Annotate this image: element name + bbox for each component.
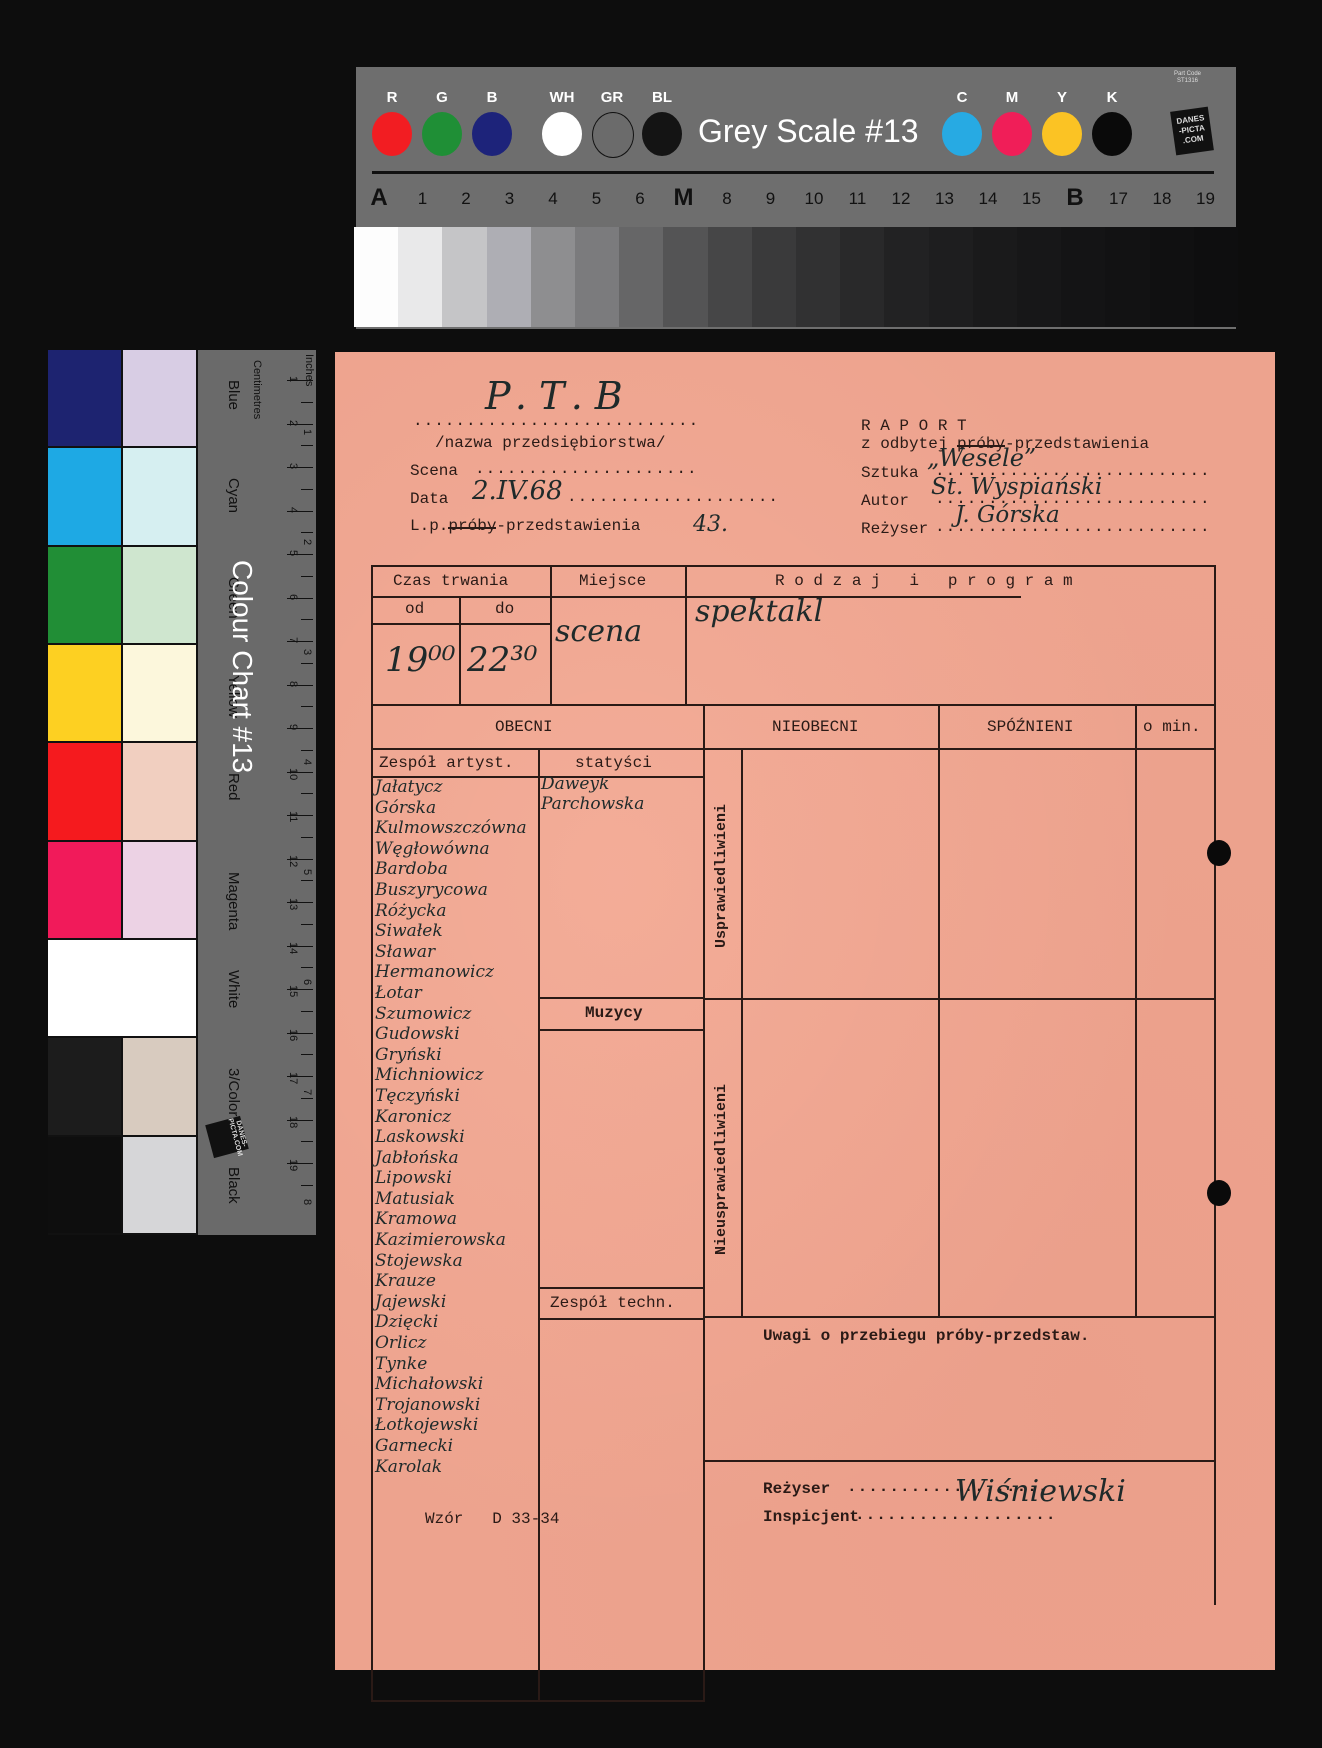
lp-line: L.p.próby-przedstawienia xyxy=(410,517,640,535)
tick xyxy=(287,815,313,816)
patch xyxy=(48,645,123,741)
patch xyxy=(48,743,123,839)
rule xyxy=(459,596,461,704)
zespol-artyst-header: Zespół artyst. xyxy=(379,754,513,772)
swatch-k xyxy=(1092,112,1132,156)
swatch-label: B xyxy=(472,89,512,106)
autor-label: Autor xyxy=(861,492,909,510)
artist-name: Kulmowszczówna xyxy=(375,818,555,839)
step-label: 14 xyxy=(968,189,1008,209)
patch xyxy=(123,350,198,446)
tick xyxy=(287,1033,313,1034)
tick xyxy=(301,750,313,751)
tick xyxy=(301,706,313,707)
artist-name: Tęczyński xyxy=(375,1086,555,1107)
cm-tick-label: 14 xyxy=(287,942,299,954)
artist-name: Orlicz xyxy=(375,1333,555,1354)
artist-name: Laskowski xyxy=(375,1127,555,1148)
cm-tick-label: 16 xyxy=(287,1029,299,1041)
step-label: 2 xyxy=(446,189,486,209)
swatch-label: G xyxy=(422,89,462,106)
inch-tick-label: 8 xyxy=(301,1199,313,1205)
artist-name: Trojanowski xyxy=(375,1395,555,1416)
artists-list: JałatyczGórskaKulmowszczównaWęgłowównaBa… xyxy=(375,777,555,1477)
rule xyxy=(538,1287,703,1289)
muzycy-header: Muzycy xyxy=(585,1004,643,1022)
rule xyxy=(703,1316,1216,1318)
patch xyxy=(48,547,123,643)
step-label: B xyxy=(1055,184,1095,212)
inspicjent-signature: Wiśniewski xyxy=(955,1474,1126,1509)
artist-name: Kramowa xyxy=(375,1209,555,1230)
tick xyxy=(287,772,313,773)
tick xyxy=(301,532,313,533)
tick xyxy=(301,793,313,794)
tick xyxy=(287,989,313,990)
do-value: 22³⁰ xyxy=(467,640,538,680)
od-header: od xyxy=(405,600,424,618)
inches-label: Inches xyxy=(303,354,315,386)
patch-row-yellow xyxy=(48,645,198,743)
zespol-techn-header: Zespół techn. xyxy=(550,1294,675,1312)
swatch-b xyxy=(472,112,512,156)
grey-step xyxy=(442,227,486,327)
step-label: 5 xyxy=(577,189,617,209)
step-label: 6 xyxy=(620,189,660,209)
tick xyxy=(301,880,313,881)
inch-tick-label: 3 xyxy=(301,649,313,655)
grey-step xyxy=(1150,227,1194,327)
nieusprawiedliwieni-label: Nieusprawiedliwieni xyxy=(713,1054,730,1284)
artist-name: Jabłońska xyxy=(375,1148,555,1169)
step-label: 8 xyxy=(707,189,747,209)
artist-name: Hermanowicz xyxy=(375,962,555,983)
tick xyxy=(301,967,313,968)
artist-name: Tynke xyxy=(375,1354,555,1375)
patch-row-black xyxy=(48,1137,198,1235)
tick xyxy=(301,489,313,490)
step-label: 18 xyxy=(1142,189,1182,209)
rule xyxy=(703,998,1216,1000)
artist-name: Kazimierowska xyxy=(375,1230,555,1251)
step-label: 9 xyxy=(751,189,791,209)
artist-name: Karolak xyxy=(375,1457,555,1478)
report-form: P.T.B ........................... /nazwa… xyxy=(335,352,1275,1670)
tick xyxy=(301,445,313,446)
enterprise-dots: ........................... xyxy=(413,412,699,430)
patch xyxy=(123,547,198,643)
swatch-r xyxy=(372,112,412,156)
danes-picta-logo: DANES-PICTA.COM xyxy=(205,1116,249,1158)
raport-title: R A P O R T xyxy=(861,417,967,435)
obecni-header: OBECNI xyxy=(495,718,553,736)
swatch-g xyxy=(422,112,462,156)
tick xyxy=(287,511,313,512)
artist-name: Jajewski xyxy=(375,1292,555,1313)
rezyser-sign-label: Reżyser xyxy=(763,1480,830,1498)
step-label: 4 xyxy=(533,189,573,209)
patch-row-blue xyxy=(48,350,198,448)
swatch-label: M xyxy=(992,89,1032,106)
sztuka-value: „Wesele” xyxy=(927,444,1036,472)
patch-row-cyan xyxy=(48,448,198,546)
rule xyxy=(703,704,705,1702)
tick xyxy=(301,576,313,577)
rodzaj-header: R o d z a j i p r o g r a m xyxy=(775,572,1073,590)
grey-step xyxy=(619,227,663,327)
step-label: 3 xyxy=(490,189,530,209)
lp-struck: próby xyxy=(448,517,496,535)
tick xyxy=(287,554,313,555)
patch xyxy=(48,350,123,446)
tick xyxy=(287,380,313,381)
tick xyxy=(301,924,313,925)
patch xyxy=(123,842,198,938)
step-label: 15 xyxy=(1012,189,1052,209)
rule xyxy=(371,565,373,1702)
step-label: A xyxy=(359,184,399,212)
cm-tick-label: 19 xyxy=(287,1159,299,1171)
ruler: Inches Centimetres 123456789101112131415… xyxy=(253,350,316,1235)
artist-name: Siwałek xyxy=(375,921,555,942)
artist-name: Łotkojewski xyxy=(375,1415,555,1436)
artist-name: Węgłowówna xyxy=(375,839,555,860)
grey-step xyxy=(1017,227,1061,327)
sztuka-label: Sztuka xyxy=(861,464,919,482)
patch-label: Black xyxy=(208,1167,242,1204)
grey-step xyxy=(575,227,619,327)
patch-label: White xyxy=(208,970,242,1008)
rule xyxy=(538,997,703,999)
cm-tick-label: 10 xyxy=(287,768,299,780)
tick xyxy=(287,1076,313,1077)
rule xyxy=(538,1318,703,1320)
artist-name: Lipowski xyxy=(375,1168,555,1189)
artist-name: Sławar xyxy=(375,942,555,963)
inspicjent-label: Inspicjent xyxy=(763,1508,859,1526)
lp-suffix: -przedstawienia xyxy=(496,517,640,535)
grey-step xyxy=(531,227,575,327)
artist-name: Michniowicz xyxy=(375,1065,555,1086)
cm-tick-label: 12 xyxy=(287,855,299,867)
patch-row-white xyxy=(48,940,198,1038)
patch-row-green xyxy=(48,547,198,645)
patch-label: 3/Color xyxy=(208,1068,242,1116)
form-number: Wzór D 33-34 xyxy=(425,1510,559,1528)
artist-name: Różycka xyxy=(375,901,555,922)
grey-step xyxy=(487,227,531,327)
grey-step xyxy=(1061,227,1105,327)
do-header: do xyxy=(495,600,514,618)
grey-step xyxy=(708,227,752,327)
patch-label: Blue xyxy=(208,380,242,410)
artist-name: Matusiak xyxy=(375,1189,555,1210)
rodzaj-value: spektakl xyxy=(695,594,823,629)
artist-name: Bardoba xyxy=(375,859,555,880)
artist-name: Gudowski xyxy=(375,1024,555,1045)
punch-hole xyxy=(1207,1180,1231,1206)
rule xyxy=(938,704,940,1316)
rezyser-value: J. Górska xyxy=(955,502,1060,528)
swatch-label: GR xyxy=(592,89,632,106)
swatch-gr xyxy=(592,112,634,158)
grey-step xyxy=(1105,227,1149,327)
patch xyxy=(123,448,198,544)
artist-name: Michałowski xyxy=(375,1374,555,1395)
tick xyxy=(301,1185,313,1186)
tick xyxy=(287,424,313,425)
inch-tick-label: 7 xyxy=(301,1089,313,1095)
grey-step xyxy=(663,227,707,327)
data-dots: .................... xyxy=(567,488,779,506)
tick xyxy=(301,1011,313,1012)
tick xyxy=(301,1054,313,1055)
patch-row-3color xyxy=(48,1038,198,1136)
artist-name: Jałatycz xyxy=(375,777,555,798)
patch-row-magenta xyxy=(48,842,198,940)
inch-tick-label: 2 xyxy=(301,539,313,545)
rule xyxy=(1135,704,1137,1316)
data-label: Data xyxy=(410,490,448,508)
miejsce-header: Miejsce xyxy=(579,572,646,590)
data-value: 2.IV.68 xyxy=(472,476,563,506)
grey-step xyxy=(973,227,1017,327)
swatch-c xyxy=(942,112,982,156)
tick xyxy=(287,728,313,729)
patch xyxy=(48,1038,123,1134)
step-label: 11 xyxy=(838,189,878,209)
grey-step xyxy=(796,227,840,327)
uwagi-header: Uwagi o przebiegu próby-przedstaw. xyxy=(763,1327,1089,1345)
patch xyxy=(123,1038,198,1134)
punch-hole xyxy=(1207,840,1231,866)
tick xyxy=(287,685,313,686)
artist-name: Garnecki xyxy=(375,1436,555,1457)
inch-tick-label: 5 xyxy=(301,869,313,875)
colour-chart-card: BlueCyanGreenYellowRedMagentaWhite3/Colo… xyxy=(48,350,316,1235)
grey-steps xyxy=(354,227,1238,327)
artist-name: Krauze xyxy=(375,1271,555,1292)
rule xyxy=(741,748,743,1318)
artist-name: Górska xyxy=(375,798,555,819)
grey-step xyxy=(398,227,442,327)
swatch-label: R xyxy=(372,89,412,106)
tick xyxy=(287,946,313,947)
centimetres-label: Centimetres xyxy=(251,360,263,419)
tick xyxy=(301,619,313,620)
tick xyxy=(287,1120,313,1121)
inch-tick-label: 4 xyxy=(301,759,313,765)
grey-scale-title: Grey Scale #13 xyxy=(698,113,919,150)
usprawiedliwieni-label: Usprawiedliwieni xyxy=(713,776,730,976)
cm-tick-label: 18 xyxy=(287,1116,299,1128)
tick xyxy=(301,663,313,664)
step-label: 10 xyxy=(794,189,834,209)
rule xyxy=(550,565,552,704)
swatch-y xyxy=(1042,112,1082,156)
nieobecni-header: NIEOBECNI xyxy=(772,718,858,736)
step-label: 17 xyxy=(1099,189,1139,209)
rule xyxy=(371,565,1216,567)
colour-patches xyxy=(48,350,198,1235)
rule xyxy=(371,623,551,625)
artist-name: Dzięcki xyxy=(375,1312,555,1333)
rule xyxy=(703,1460,1216,1462)
divider xyxy=(372,171,1214,174)
tick xyxy=(287,902,313,903)
artist-name: Łotar xyxy=(375,983,555,1004)
step-labels: A123456M89101112131415B171819 xyxy=(356,189,1236,219)
step-label: 13 xyxy=(925,189,965,209)
czas-trwania-header: Czas trwania xyxy=(393,572,508,590)
artist-name: Stojewska xyxy=(375,1251,555,1272)
tick xyxy=(287,467,313,468)
patch xyxy=(48,842,123,938)
o-min-header: o min. xyxy=(1143,718,1201,736)
patch xyxy=(48,448,123,544)
rule xyxy=(538,1029,703,1031)
tick xyxy=(301,837,313,838)
tick xyxy=(287,641,313,642)
danes-picta-logo: DANES -PICTA .COM xyxy=(1170,107,1214,156)
tick xyxy=(301,1098,313,1099)
grey-step xyxy=(840,227,884,327)
tick xyxy=(287,1163,313,1164)
statysta-name: Parchowska xyxy=(541,794,644,814)
swatch-label: WH xyxy=(542,89,582,106)
artist-name: Szumowicz xyxy=(375,1004,555,1025)
tick xyxy=(287,598,313,599)
spoznieni-header: SPÓŹNIENI xyxy=(987,718,1073,736)
patch-label: Red xyxy=(208,773,242,801)
od-value: 19⁰⁰ xyxy=(385,640,456,680)
miejsce-value: scena xyxy=(555,614,642,649)
swatch-label: BL xyxy=(642,89,682,106)
swatch-m xyxy=(992,112,1032,156)
step-label: M xyxy=(664,184,704,212)
swatch-bl xyxy=(642,112,682,156)
rule xyxy=(685,565,687,704)
swatch-wh xyxy=(542,112,582,156)
rule xyxy=(371,704,1216,706)
patch-label: Magenta xyxy=(208,872,242,930)
rezyser-label: Reżyser xyxy=(861,520,928,538)
enterprise-caption: /nazwa przedsiębiorstwa/ xyxy=(435,434,665,452)
patch xyxy=(48,1137,123,1233)
cm-tick-label: 15 xyxy=(287,985,299,997)
step-label: 12 xyxy=(881,189,921,209)
statysci-header: statyści xyxy=(575,754,652,772)
lp-prefix: L.p. xyxy=(410,517,448,535)
patch-row-red xyxy=(48,743,198,841)
patch xyxy=(48,940,198,1036)
swatch-label: Y xyxy=(1042,89,1082,106)
grey-step xyxy=(929,227,973,327)
scena-label: Scena xyxy=(410,462,458,480)
grey-step xyxy=(1194,227,1238,327)
tick xyxy=(301,1141,313,1142)
inch-tick-label: 1 xyxy=(301,429,313,435)
swatch-label: C xyxy=(942,89,982,106)
inch-tick-label: 6 xyxy=(301,979,313,985)
tick xyxy=(301,402,313,403)
grey-scale-card: Part Code ST1316 RGBWHGRBLCMYK Grey Scal… xyxy=(356,67,1236,329)
patch xyxy=(123,1137,198,1233)
step-label: 1 xyxy=(403,189,443,209)
rule xyxy=(371,748,1216,750)
autor-value: St. Wyspiański xyxy=(931,474,1102,500)
cm-tick-label: 17 xyxy=(287,1072,299,1084)
patch xyxy=(123,743,198,839)
lp-value: 43. xyxy=(693,512,728,537)
rule xyxy=(1214,565,1216,1605)
tick xyxy=(287,859,313,860)
cm-tick-label: 13 xyxy=(287,898,299,910)
artist-name: Gryński xyxy=(375,1045,555,1066)
artist-name: Karonicz xyxy=(375,1107,555,1128)
cm-tick-label: 11 xyxy=(287,811,299,822)
artist-name: Buszyrycowa xyxy=(375,880,555,901)
patch xyxy=(123,645,198,741)
grey-step xyxy=(752,227,796,327)
patch-label: Cyan xyxy=(208,478,242,513)
step-label: 19 xyxy=(1186,189,1226,209)
grey-step xyxy=(354,227,398,327)
grey-step xyxy=(884,227,928,327)
swatch-label: K xyxy=(1092,89,1132,106)
